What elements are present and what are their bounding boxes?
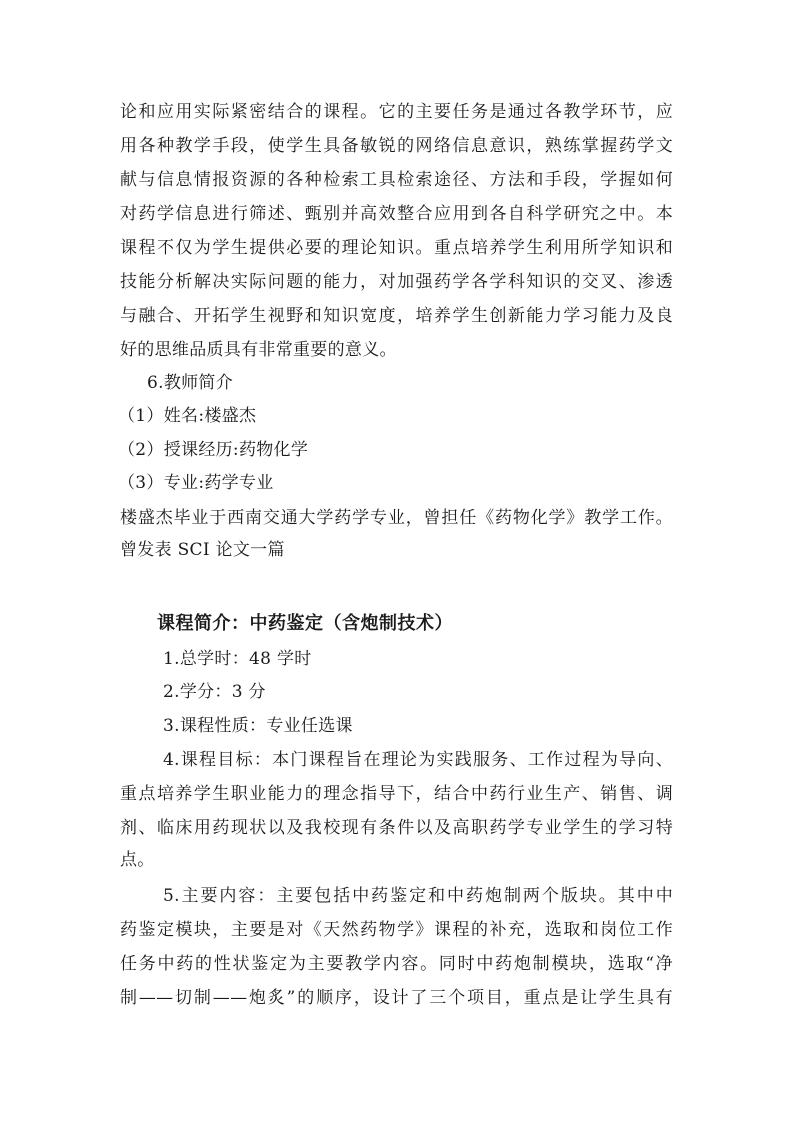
paragraph-line: 与融合、开拓学生视野和知识宽度，培养学生创新能力学习能力及良 [120,305,673,327]
paragraph-line: 技能分析解决实际问题的能力，对加强药学各学科知识的交叉、渗透 [120,271,673,293]
course-content-line: 药鉴定模块，主要是对《天然药物学》课程的补充，选取和岗位工作 [120,919,673,941]
course-goal-line: 剂、临床用药现状以及我校现有条件以及高职药学专业学生的学习特 [120,817,673,839]
paragraph-line: 对药学信息进行筛述、甄别并高效整合应用到各自科学研究之中。本 [120,203,673,225]
course-content-line: 制——切制——炮炙”的顺序，设计了三个项目，重点是让学生具有 [120,987,673,1009]
paragraph-line: 献与信息情报资源的各种检索工具检索途径、方法和手段，学握如何 [120,169,673,191]
teacher-bio-line: 楼盛杰毕业于西南交通大学药学专业，曾担任《药物化学》教学工作。 [120,507,673,529]
teacher-section-title: 6.教师简介 [147,372,700,394]
teacher-bio-line: 曾发表 SCI 论文一篇 [120,539,673,561]
course-content-line: 任务中药的性状鉴定为主要教学内容。同时中药炮制模块，选取“净 [120,953,673,975]
course-nature: 3.课程性质：专业任选课 [163,715,716,737]
course-heading: 课程简介：中药鉴定（含炮制技术） [157,612,453,636]
paragraph-line: 论和应用实际紧密结合的课程。它的主要任务是通过各教学环节，应 [120,101,673,123]
course-goal-line: 点。 [120,849,673,871]
paragraph-line: 好的思维品质具有非常重要的意义。 [120,339,673,361]
paragraph-line: 用各种教学手段，使学生具备敏锐的网络信息意识，熟练掌握药学文 [120,135,673,157]
document-page: 论和应用实际紧密结合的课程。它的主要任务是通过各教学环节，应 用各种教学手段，使… [0,0,793,1122]
course-hours: 1.总学时：48 学时 [163,648,716,670]
course-goal-line: 4.课程目标：本门课程旨在理论为实践服务、工作过程为导向、 [163,749,673,771]
paragraph-line: 课程不仅为学生提供必要的理论知识。重点培养学生利用所学知识和 [120,237,673,259]
course-credits: 2.学分：3 分 [163,681,716,703]
course-content-line: 5.主要内容：主要包括中药鉴定和中药炮制两个版块。其中中 [163,885,673,907]
teacher-experience-item: （2）授课经历:药物化学 [118,439,671,461]
course-goal-line: 重点培养学生职业能力的理念指导下，结合中药行业生产、销售、调 [120,783,673,805]
teacher-major-item: （3）专业:药学专业 [118,472,671,494]
teacher-name-item: （1）姓名:楼盛杰 [118,405,671,427]
